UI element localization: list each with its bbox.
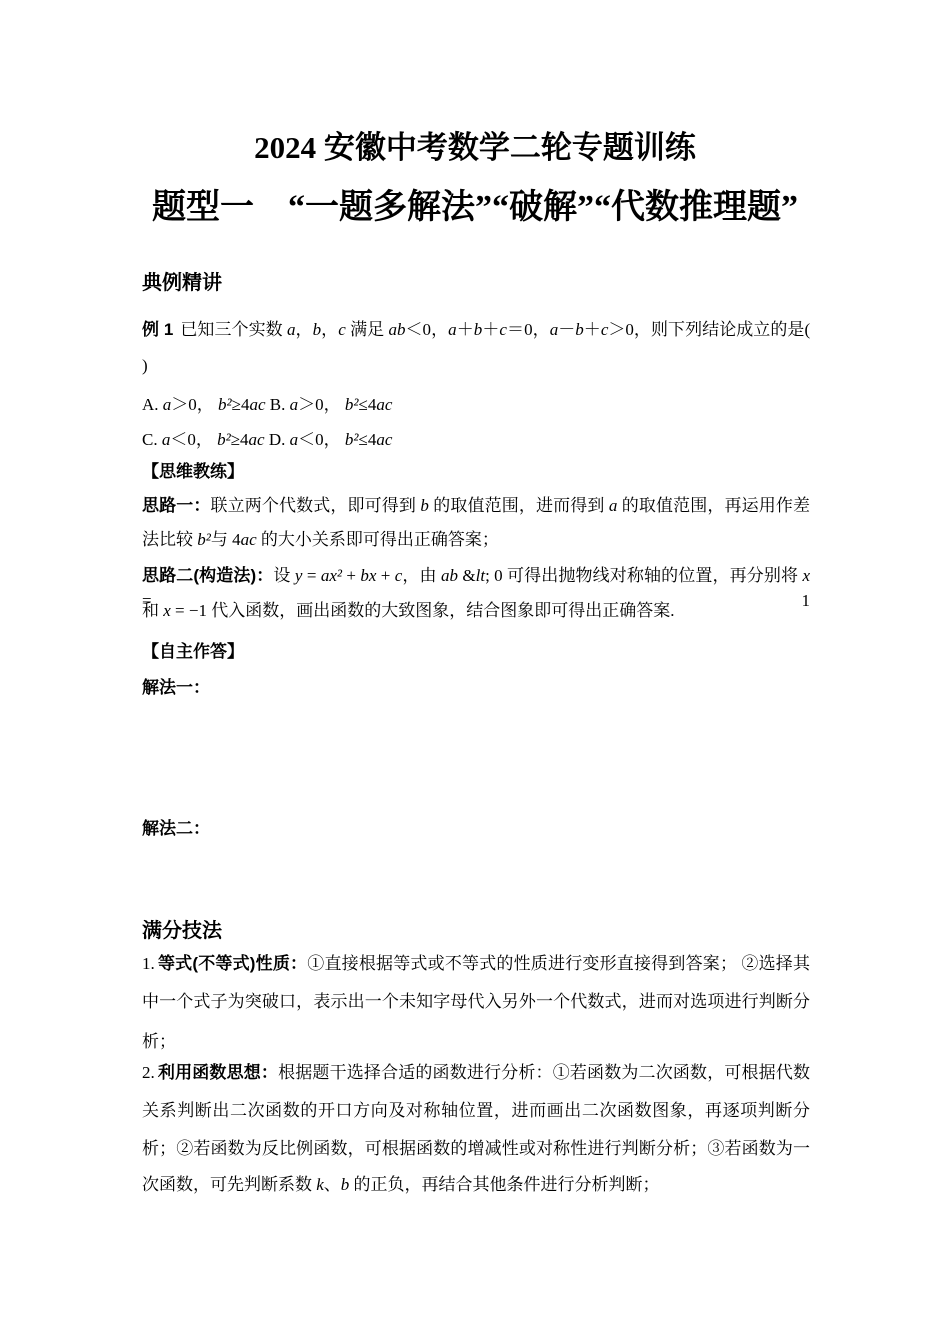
approach2-line2: 和 x = −1 代入函数，画出函数的大致图象，结合图象即可得出正确答案. — [142, 598, 810, 623]
approach2-label: 思路二(构造法)： — [142, 566, 273, 585]
tip1-text: ①直接根据等式或不等式的性质进行变形直接得到答案； ②选择其 — [307, 954, 810, 973]
example-stem-text: 已知三个实数 a，b，c 满足 ab＜0，a＋b＋c＝0，a－b＋c＞0，则下列… — [180, 320, 810, 339]
document-page: 2024 安徽中考数学二轮专题训练 题型一 “一题多解法”“破解”“代数推理题”… — [0, 0, 950, 1344]
method2-label: 解法二： — [142, 816, 810, 841]
tip2-number: 2. — [142, 1063, 155, 1082]
doc-subtitle: 题型一 “一题多解法”“破解”“代数推理题” — [0, 187, 950, 229]
approach1-label: 思路一： — [142, 496, 211, 515]
tip1-line3: 析； — [142, 1029, 810, 1054]
coach-heading: 【思维教练】 — [142, 459, 810, 484]
tip2-label: 利用函数思想： — [158, 1063, 278, 1082]
example-options-row2: C. a＜0， b²≥4ac D. a＜0， b²≤4ac — [142, 427, 810, 452]
tip2-line4: 次函数，可先判断系数 k、b 的正负，再结合其他条件进行分析判断； — [142, 1172, 810, 1197]
section-heading-examples: 典例精讲 — [142, 270, 810, 297]
approach1-line1: 思路一：联立两个代数式，即可得到 b 的取值范围，进而得到 a 的取值范围，再运… — [142, 493, 810, 518]
doc-title: 2024 安徽中考数学二轮专题训练 — [0, 129, 950, 167]
tip1-label: 等式(不等式)性质： — [158, 954, 308, 973]
tip2-line1: 2.利用函数思想：根据题干选择合适的函数进行分析：①若函数为二次函数，可根据代数 — [142, 1060, 810, 1085]
approach1-text: 联立两个代数式，即可得到 b 的取值范围，进而得到 a 的取值范围，再运用作差 — [211, 496, 811, 515]
tip2-line3: 析；②若函数为反比例函数，可根据函数的增减性或对称性进行判断分析；③若函数为一 — [142, 1136, 810, 1161]
method1-label: 解法一： — [142, 675, 810, 700]
tip1-line2: 中一个式子为突破口，表示出一个未知字母代入另外一个代数式，进而对选项进行判断分 — [142, 989, 810, 1014]
tip1-number: 1. — [142, 954, 155, 973]
example-stem-line2: ) — [142, 353, 810, 378]
tips-heading: 满分技法 — [142, 918, 810, 945]
tip2-text: 根据题干选择合适的函数进行分析：①若函数为二次函数，可根据代数 — [278, 1063, 810, 1082]
example-label: 例 1 — [142, 320, 173, 339]
approach1-line2: 法比较 b²与 4ac 的大小关系即可得出正确答案； — [142, 527, 810, 552]
tip1-line1: 1.等式(不等式)性质：①直接根据等式或不等式的性质进行变形直接得到答案； ②选… — [142, 951, 810, 976]
example-options-row1: A. a＞0， b²≥4ac B. a＞0， b²≤4ac — [142, 392, 810, 417]
example-stem-line1: 例 1已知三个实数 a，b，c 满足 ab＜0，a＋b＋c＝0，a－b＋c＞0，… — [142, 317, 810, 342]
tip2-line2: 关系判断出二次函数的开口方向及对称轴位置，进而画出二次函数图象，再逐项判断分 — [142, 1098, 810, 1123]
answer-heading: 【自主作答】 — [142, 639, 810, 664]
